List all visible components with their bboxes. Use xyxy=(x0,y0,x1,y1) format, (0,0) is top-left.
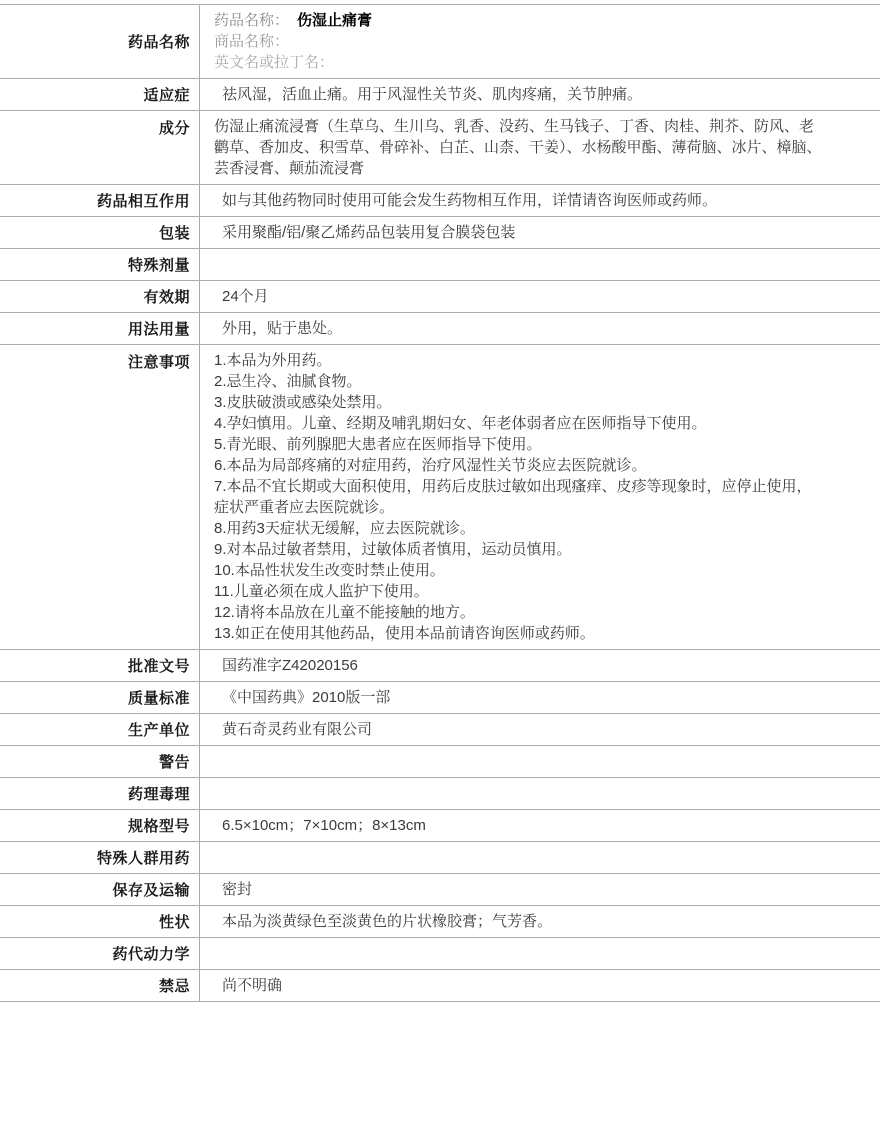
name-subline-0: 药品名称：伤湿止痛膏 xyxy=(214,10,826,31)
name-subline-1: 商品名称： xyxy=(214,31,826,52)
precaution-item: 12.请将本品放在儿童不能接触的地方。 xyxy=(214,602,826,623)
row-value-text: 如与其他药物同时使用可能会发生药物相互作用，详情请咨询医师或药师。 xyxy=(222,190,834,211)
row-value-storage-transport: 密封 xyxy=(200,874,880,905)
row-value-text: 《中国药典》2010版一部 xyxy=(222,687,834,708)
row-value-text: 24个月 xyxy=(222,286,834,307)
row-label-description: 性状 xyxy=(0,906,200,937)
table-row-special-dosage: 特殊剂量 xyxy=(0,249,880,281)
row-value-text: 尚不明确 xyxy=(222,975,834,996)
row-value-text: 祛风湿，活血止痛。用于风湿性关节炎、肌肉疼痛，关节肿痛。 xyxy=(222,84,834,105)
table-row-precautions: 注意事项1.本品为外用药。2.忌生冷、油腻食物。3.皮肤破溃或感染处禁用。4.孕… xyxy=(0,345,880,650)
table-row-specification: 规格型号6.5×10cm；7×10cm；8×13cm xyxy=(0,810,880,842)
precaution-item: 3.皮肤破溃或感染处禁用。 xyxy=(214,392,826,413)
row-value-indications: 祛风湿，活血止痛。用于风湿性关节炎、肌肉疼痛，关节肿痛。 xyxy=(200,79,880,110)
row-value-warning xyxy=(200,746,880,777)
row-label-drug-name: 药品名称 xyxy=(0,5,200,78)
table-row-pharmacokinetics: 药代动力学 xyxy=(0,938,880,970)
row-label-special-dosage: 特殊剂量 xyxy=(0,249,200,280)
row-label-specification: 规格型号 xyxy=(0,810,200,841)
row-value-pharmacology-toxicology xyxy=(200,778,880,809)
row-label-storage-transport: 保存及运输 xyxy=(0,874,200,905)
table-row-indications: 适应症祛风湿，活血止痛。用于风湿性关节炎、肌肉疼痛，关节肿痛。 xyxy=(0,79,880,111)
table-row-shelf-life: 有效期24个月 xyxy=(0,281,880,313)
row-value-precautions: 1.本品为外用药。2.忌生冷、油腻食物。3.皮肤破溃或感染处禁用。4.孕妇慎用。… xyxy=(200,345,880,649)
table-row-contraindications: 禁忌尚不明确 xyxy=(0,970,880,1002)
precaution-item: 6.本品为局部疼痛的对症用药，治疗风湿性关节炎应去医院就诊。 xyxy=(214,455,826,476)
row-value-pharmacokinetics xyxy=(200,938,880,969)
row-value-quality-standard: 《中国药典》2010版一部 xyxy=(200,682,880,713)
row-value-special-dosage xyxy=(200,249,880,280)
table-row-manufacturer: 生产单位黄石奇灵药业有限公司 xyxy=(0,714,880,746)
row-value-text: 采用聚酯/铝/聚乙烯药品包装用复合膜袋包装 xyxy=(222,222,834,243)
row-value-text: 外用，贴于患处。 xyxy=(222,318,834,339)
row-value-text: 国药准字Z42020156 xyxy=(222,655,834,676)
table-row-approval-number: 批准文号国药准字Z42020156 xyxy=(0,650,880,682)
name-subline-2: 英文名或拉丁名： xyxy=(214,52,826,73)
table-row-warning: 警告 xyxy=(0,746,880,778)
drug-info-table: 药品名称药品名称：伤湿止痛膏商品名称：英文名或拉丁名：适应症祛风湿，活血止痛。用… xyxy=(0,4,880,1002)
row-label-manufacturer: 生产单位 xyxy=(0,714,200,745)
precaution-item: 4.孕妇慎用。儿童、经期及哺乳期妇女、年老体弱者应在医师指导下使用。 xyxy=(214,413,826,434)
row-label-contraindications: 禁忌 xyxy=(0,970,200,1001)
row-value-ingredients: 伤湿止痛流浸膏（生草乌、生川乌、乳香、没药、生马钱子、丁香、肉桂、荆芥、防风、老… xyxy=(200,111,880,184)
table-row-packaging: 包装采用聚酯/铝/聚乙烯药品包装用复合膜袋包装 xyxy=(0,217,880,249)
name-subline-key: 商品名称： xyxy=(214,33,289,50)
row-label-drug-interactions: 药品相互作用 xyxy=(0,185,200,216)
table-row-special-populations: 特殊人群用药 xyxy=(0,842,880,874)
row-label-indications: 适应症 xyxy=(0,79,200,110)
row-value-specification: 6.5×10cm；7×10cm；8×13cm xyxy=(200,810,880,841)
table-row-description: 性状本品为淡黄绿色至淡黄色的片状橡胶膏；气芳香。 xyxy=(0,906,880,938)
row-value-description: 本品为淡黄绿色至淡黄色的片状橡胶膏；气芳香。 xyxy=(200,906,880,937)
name-subline-key: 药品名称： xyxy=(214,12,289,29)
row-label-precautions: 注意事项 xyxy=(0,345,200,649)
name-subline-key: 英文名或拉丁名： xyxy=(214,54,334,71)
row-label-shelf-life: 有效期 xyxy=(0,281,200,312)
row-value-usage-dosage: 外用，贴于患处。 xyxy=(200,313,880,344)
row-label-packaging: 包装 xyxy=(0,217,200,248)
row-value-manufacturer: 黄石奇灵药业有限公司 xyxy=(200,714,880,745)
precaution-item: 5.青光眼、前列腺肥大患者应在医师指导下使用。 xyxy=(214,434,826,455)
row-label-pharmacokinetics: 药代动力学 xyxy=(0,938,200,969)
row-value-text: 黄石奇灵药业有限公司 xyxy=(222,719,834,740)
row-label-approval-number: 批准文号 xyxy=(0,650,200,681)
row-value-approval-number: 国药准字Z42020156 xyxy=(200,650,880,681)
table-row-storage-transport: 保存及运输密封 xyxy=(0,874,880,906)
row-label-quality-standard: 质量标准 xyxy=(0,682,200,713)
precaution-item: 13.如正在使用其他药品，使用本品前请咨询医师或药师。 xyxy=(214,623,826,644)
row-label-warning: 警告 xyxy=(0,746,200,777)
table-row-usage-dosage: 用法用量外用，贴于患处。 xyxy=(0,313,880,345)
row-value-contraindications: 尚不明确 xyxy=(200,970,880,1001)
row-value-shelf-life: 24个月 xyxy=(200,281,880,312)
table-row-pharmacology-toxicology: 药理毒理 xyxy=(0,778,880,810)
row-label-pharmacology-toxicology: 药理毒理 xyxy=(0,778,200,809)
row-value-text: 伤湿止痛流浸膏（生草乌、生川乌、乳香、没药、生马钱子、丁香、肉桂、荆芥、防风、老… xyxy=(214,116,826,179)
precaution-item: 9.对本品过敏者禁用，过敏体质者慎用，运动员慎用。 xyxy=(214,539,826,560)
table-row-drug-interactions: 药品相互作用如与其他药物同时使用可能会发生药物相互作用，详情请咨询医师或药师。 xyxy=(0,185,880,217)
row-value-packaging: 采用聚酯/铝/聚乙烯药品包装用复合膜袋包装 xyxy=(200,217,880,248)
precaution-item: 10.本品性状发生改变时禁止使用。 xyxy=(214,560,826,581)
row-value-text: 本品为淡黄绿色至淡黄色的片状橡胶膏；气芳香。 xyxy=(222,911,834,932)
row-value-text: 6.5×10cm；7×10cm；8×13cm xyxy=(222,815,834,836)
precaution-item: 1.本品为外用药。 xyxy=(214,350,826,371)
row-label-ingredients: 成分 xyxy=(0,111,200,184)
row-value-drug-interactions: 如与其他药物同时使用可能会发生药物相互作用，详情请咨询医师或药师。 xyxy=(200,185,880,216)
name-subline-value: 伤湿止痛膏 xyxy=(297,12,372,29)
row-value-text: 密封 xyxy=(222,879,834,900)
row-label-usage-dosage: 用法用量 xyxy=(0,313,200,344)
row-value-drug-name: 药品名称：伤湿止痛膏商品名称：英文名或拉丁名： xyxy=(200,5,880,78)
precaution-item: 7.本品不宜长期或大面积使用，用药后皮肤过敏如出现瘙痒、皮疹等现象时，应停止使用… xyxy=(214,476,826,518)
table-row-drug-name: 药品名称药品名称：伤湿止痛膏商品名称：英文名或拉丁名： xyxy=(0,5,880,79)
precaution-item: 11.儿童必须在成人监护下使用。 xyxy=(214,581,826,602)
precaution-item: 2.忌生冷、油腻食物。 xyxy=(214,371,826,392)
precaution-item: 8.用药3天症状无缓解，应去医院就诊。 xyxy=(214,518,826,539)
table-row-quality-standard: 质量标准《中国药典》2010版一部 xyxy=(0,682,880,714)
table-row-ingredients: 成分伤湿止痛流浸膏（生草乌、生川乌、乳香、没药、生马钱子、丁香、肉桂、荆芥、防风… xyxy=(0,111,880,185)
row-label-special-populations: 特殊人群用药 xyxy=(0,842,200,873)
row-value-special-populations xyxy=(200,842,880,873)
